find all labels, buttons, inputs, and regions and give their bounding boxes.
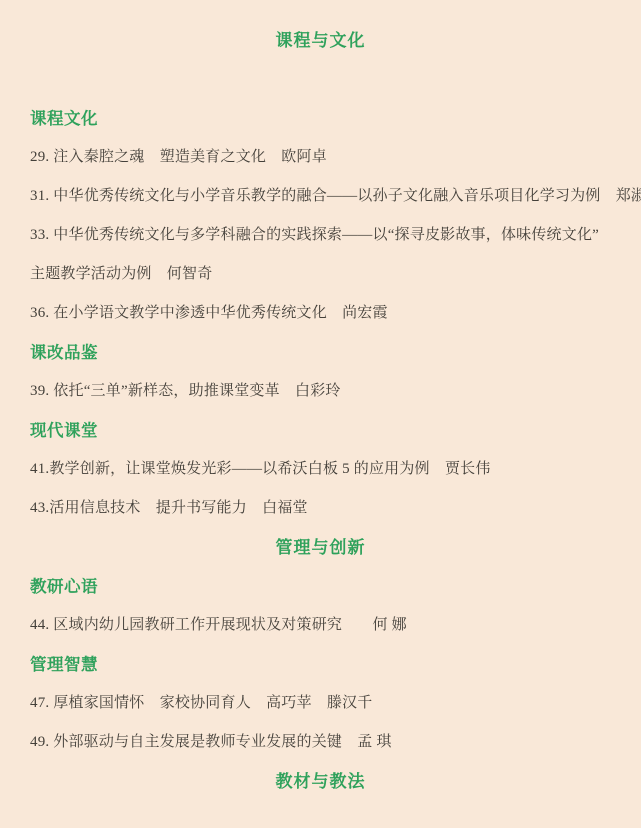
toc-entry: 44. 区域内幼儿园教研工作开展现状及对策研究 何 娜 — [30, 606, 623, 645]
toc-entry: 49. 外部驱动与自主发展是教师专业发展的关键 孟 琪 — [30, 723, 623, 762]
section-heading: 现代课堂 — [30, 411, 623, 450]
part-title: 管理与创新 — [18, 528, 623, 567]
part-title: 课程与文化 — [18, 21, 623, 60]
toc-entry: 43.活用信息技术 提升书写能力 白福堂 — [30, 489, 623, 528]
toc-entry: 41.教学创新，让课堂焕发光彩——以希沃白板 5 的应用为例 贾长伟 — [30, 450, 623, 489]
spacer-line — [30, 60, 623, 99]
toc-entry: 29. 注入秦腔之魂 塑造美育之文化 欧阿卓 — [30, 138, 623, 177]
toc-page: 课程与文化 课程文化 29. 注入秦腔之魂 塑造美育之文化 欧阿卓 31. 中华… — [0, 0, 641, 828]
toc-entry: 39. 依托“三单”新样态，助推课堂变革 白彩玲 — [30, 372, 623, 411]
toc-entry: 33. 中华优秀传统文化与多学科融合的实践探索——以“探寻皮影故事，体味传统文化… — [30, 216, 623, 255]
section-heading: 教研心语 — [30, 567, 623, 606]
section-heading: 管理智慧 — [30, 645, 623, 684]
section-heading: 课程文化 — [30, 99, 623, 138]
table-of-contents: 课程与文化 课程文化 29. 注入秦腔之魂 塑造美育之文化 欧阿卓 31. 中华… — [0, 0, 641, 801]
section-heading: 课改品鉴 — [30, 333, 623, 372]
part-title: 教材与教法 — [18, 762, 623, 801]
toc-entry-continuation: 主题教学活动为例 何智奇 — [30, 255, 623, 294]
toc-entry: 36. 在小学语文教学中渗透中华优秀传统文化 尚宏霞 — [30, 294, 623, 333]
toc-entry: 31. 中华优秀传统文化与小学音乐教学的融合——以孙子文化融入音乐项目化学习为例… — [30, 177, 623, 216]
toc-entry: 47. 厚植家国情怀 家校协同育人 高巧苹 滕汉千 — [30, 684, 623, 723]
